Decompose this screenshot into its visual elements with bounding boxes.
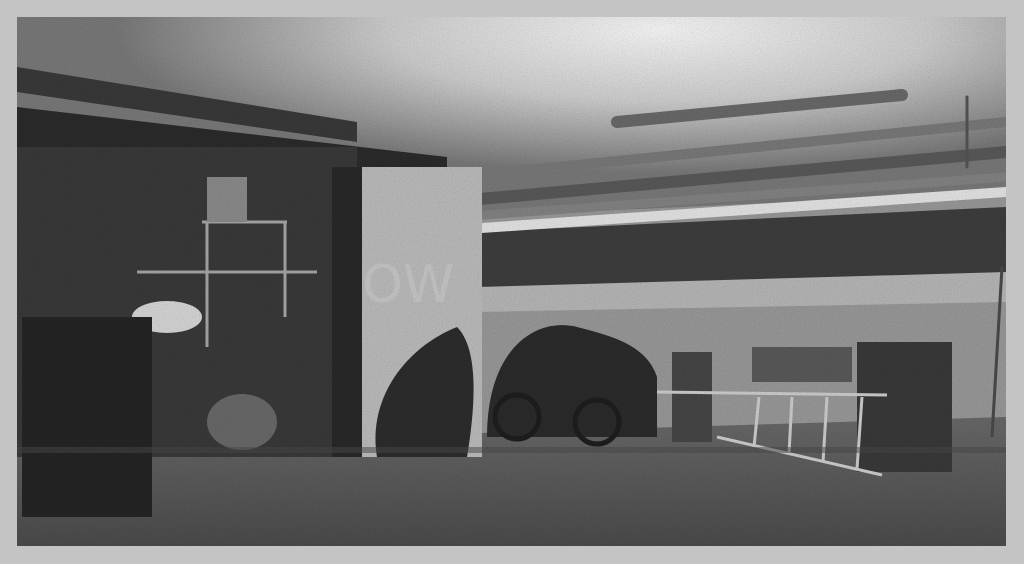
basement-scene: OW <box>17 17 1006 546</box>
box <box>672 352 712 442</box>
photograph: OW <box>17 17 1006 546</box>
watermark: OW <box>362 255 454 315</box>
